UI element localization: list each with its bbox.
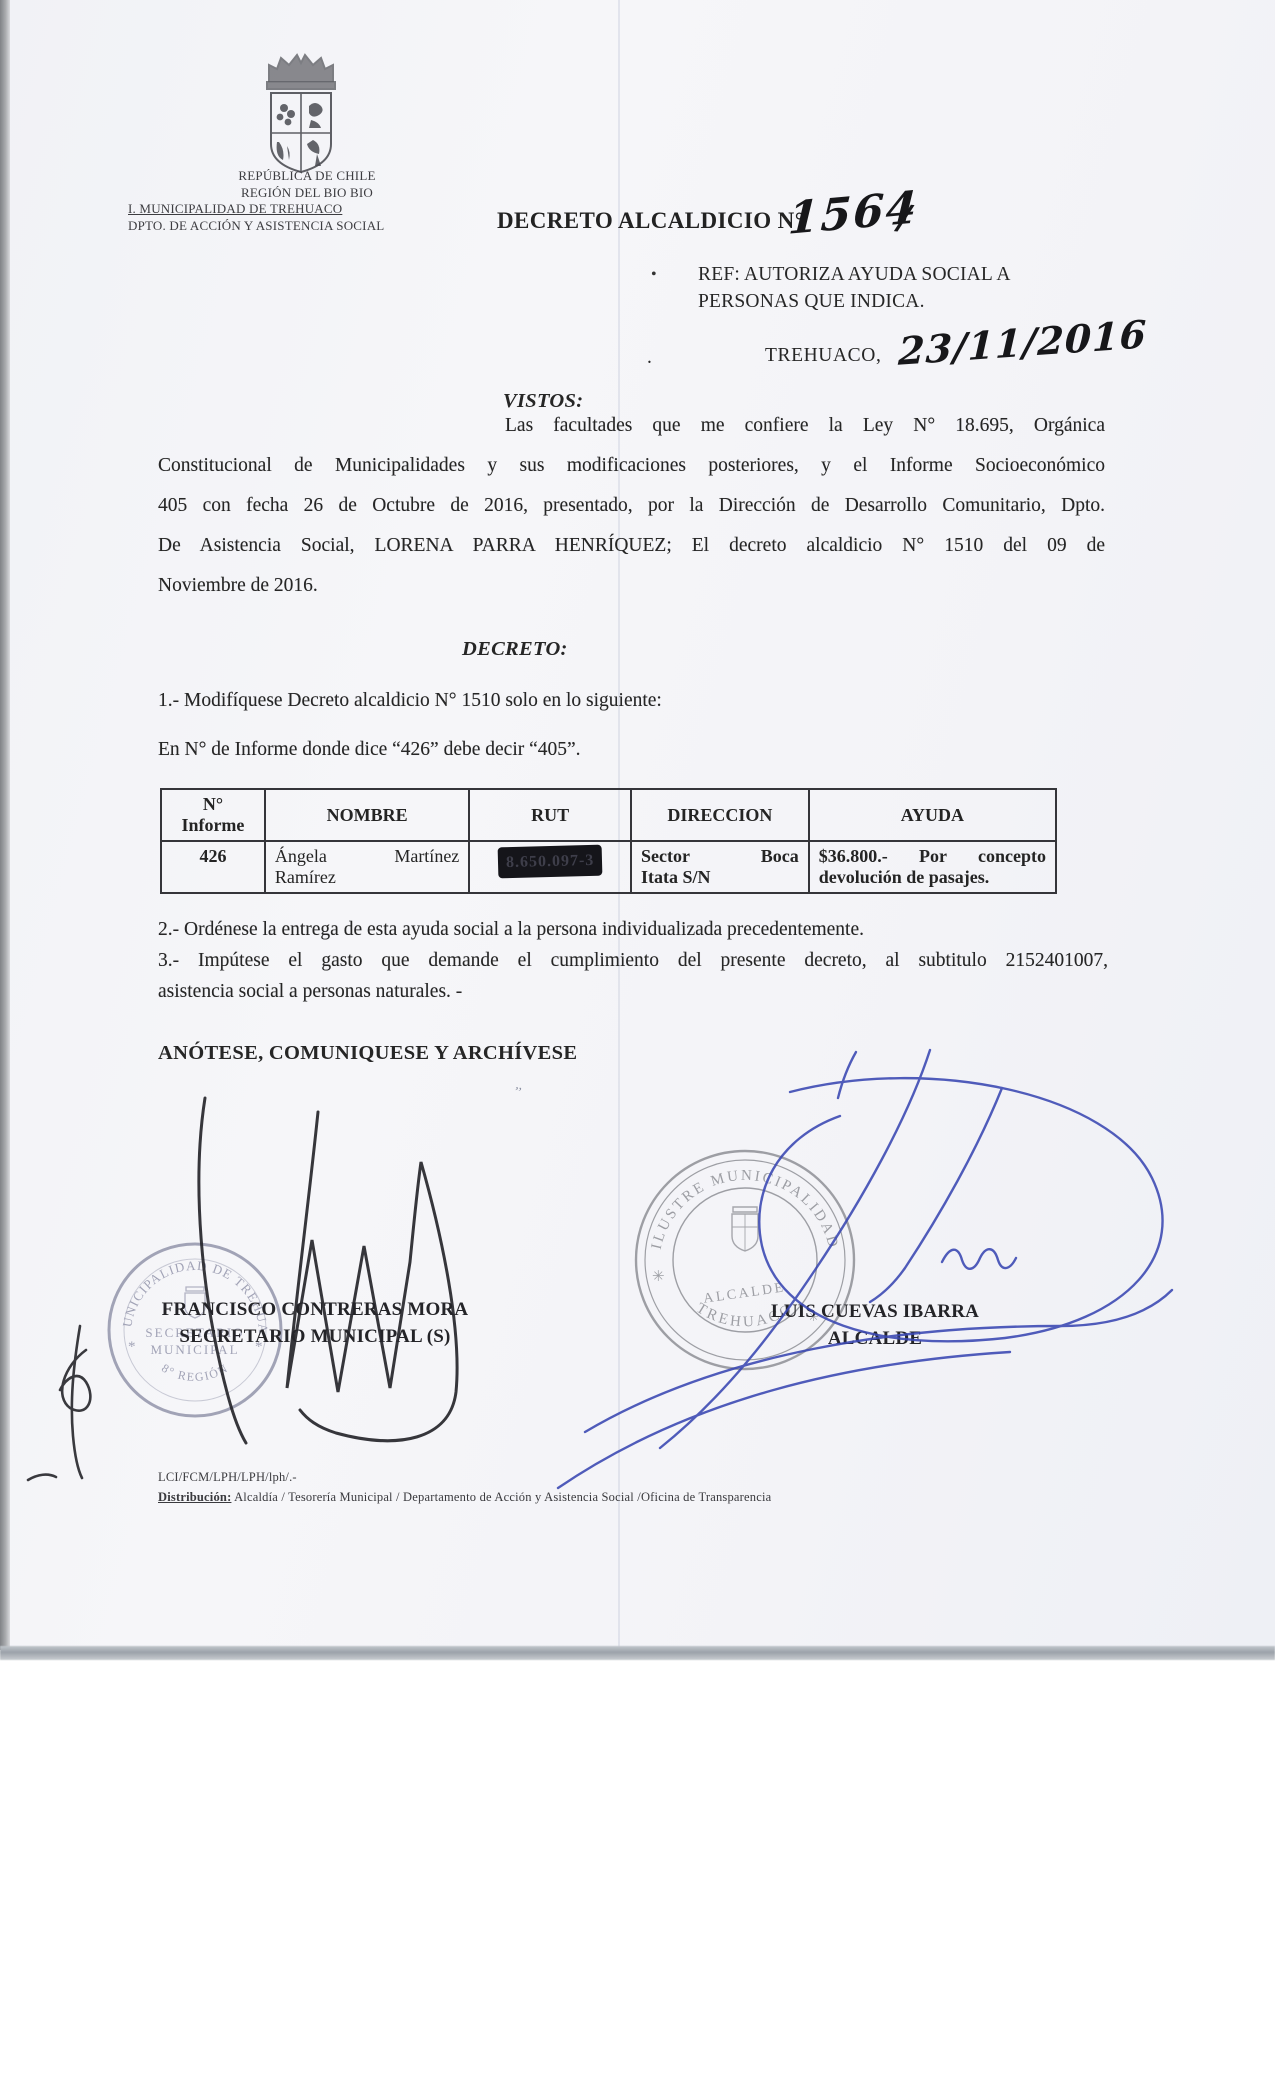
mayor-signature-ink [0, 0, 1275, 1650]
scan-paper-area: REPÚBLICA DE CHILE REGIÓN DEL BIO BIO I.… [0, 0, 1275, 1650]
scanned-decree-page: REPÚBLICA DE CHILE REGIÓN DEL BIO BIO I.… [0, 0, 1275, 2100]
